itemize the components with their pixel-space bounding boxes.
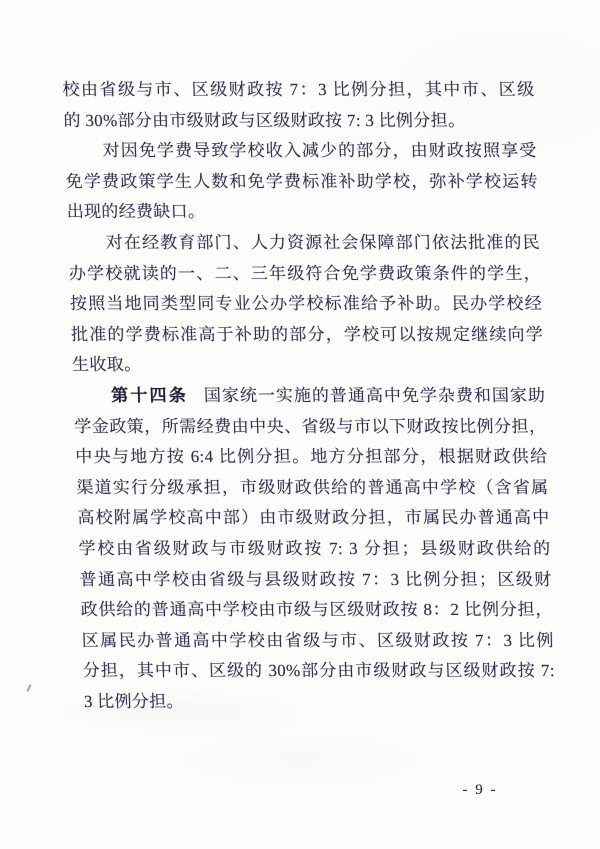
article-number-bold: 第十四条 [111, 386, 188, 405]
text-line: 3 比例分担。 [83, 687, 556, 718]
text-line: 分担，其中市、区级的 30%部分由市级财政与区级财政按 7: [82, 656, 555, 687]
article-heading-text: 国家统一实施的普通高中免学杂费和国家助 [204, 386, 546, 405]
text-line: 学金政策，所需经费由中央、省级与市以下财政按比例分担， [74, 412, 547, 443]
text-line: 区属民办普通高中学校由省级与市、区级财政按 7：3 比例 [81, 626, 554, 657]
text-line: 批准的学费标准高于补助的部分，学校可以按规定继续向学 [71, 320, 544, 351]
text-line: 校由省级与市、区级财政按 7：3 比例分担，其中市、区级 [62, 75, 535, 106]
text-line: 对在经教育部门、人力资源社会保障部门依法批准的民 [67, 228, 540, 259]
text-line: 普通高中学校由省级与县级财政按 7：3 比例分担；区级财 [79, 565, 552, 596]
text-line-article-heading: 第十四条国家统一实施的普通高中免学杂费和国家助 [73, 381, 546, 412]
text-line: 对因免学费导致学校收入减少的部分，由财政按照享受 [64, 136, 537, 167]
text-line: 按照当地同类型同专业公办学校标准给予补助。民办学校经 [69, 289, 542, 320]
text-line: 的 30%部分由市级财政与区级财政按 7: 3 比例分担。 [63, 106, 536, 137]
text-line: 生收取。 [72, 350, 545, 381]
scan-artifact-tick [26, 684, 31, 692]
text-line: 学校由省级财政与市级财政按 7: 3 分担；县级财政供给的 [78, 534, 551, 565]
text-line: 中央与地方按 6:4 比例分担。地方分担部分，根据财政供给 [75, 442, 548, 473]
text-line: 高校附属学校高中部）由市级财政分担，市属民办普通高中 [77, 503, 550, 534]
text-line: 渠道实行分级承担，市级财政供给的普通高中学校（含省属 [76, 473, 549, 504]
document-page: 校由省级与市、区级财政按 7：3 比例分担，其中市、区级 的 30%部分由市级财… [0, 0, 600, 849]
text-line: 办学校就读的一、二、三年级符合免学费政策条件的学生， [68, 259, 541, 290]
document-body: 校由省级与市、区级财政按 7：3 比例分担，其中市、区级 的 30%部分由市级财… [62, 75, 556, 717]
page-number: - 9 - [456, 782, 504, 799]
text-line: 免学费政策学生人数和免学费标准补助学校，弥补学校运转 [65, 167, 538, 198]
text-line: 出现的经费缺口。 [66, 197, 539, 228]
text-line: 政供给的普通高中学校由市级与区级财政按 8：2 比例分担， [80, 595, 553, 626]
